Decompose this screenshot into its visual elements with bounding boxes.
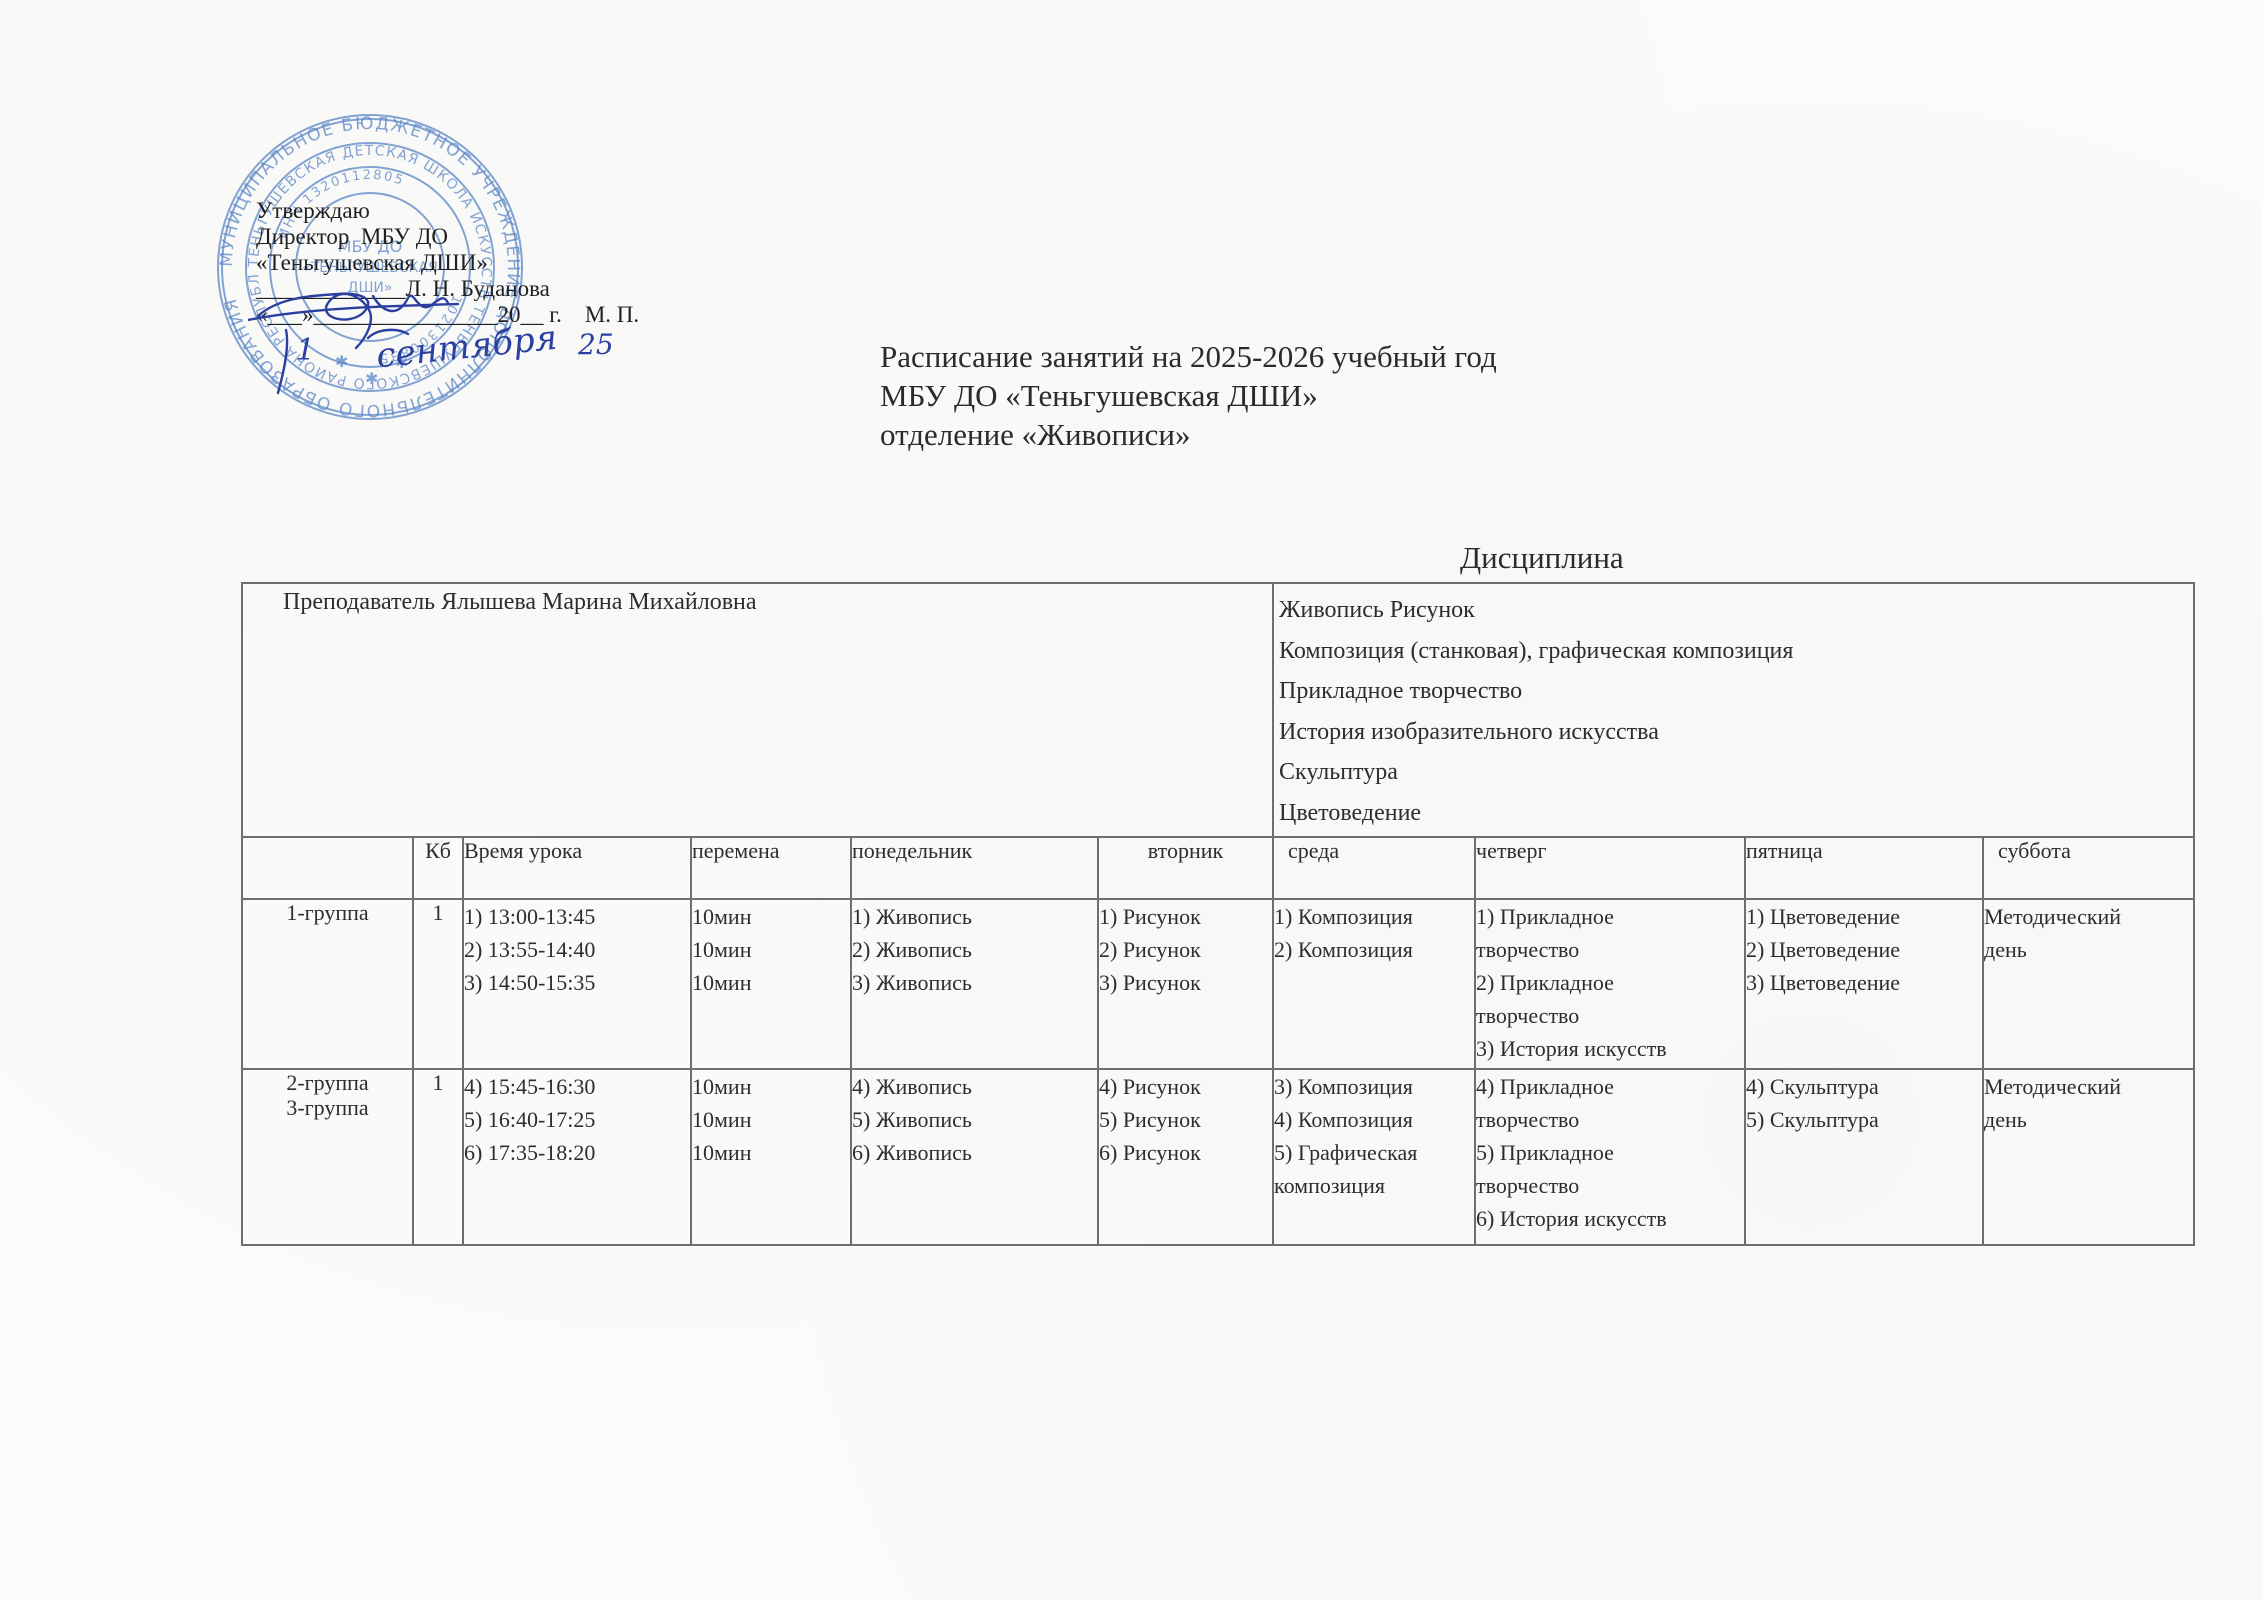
tuesday-cell: 1) Рисунок2) Рисунок3) Рисунок bbox=[1098, 899, 1273, 1069]
room-value: 1 bbox=[414, 900, 462, 925]
discipline-item: История изобразительного искусства bbox=[1279, 712, 2193, 753]
monday-cell: 4) Живопись5) Живопись6) Живопись bbox=[851, 1069, 1098, 1245]
discipline-item: Прикладное творчество bbox=[1279, 671, 2193, 712]
thursday-cell: 4) Прикладноетворчество5) Прикладноетвор… bbox=[1475, 1069, 1745, 1245]
title-line-3: отделение «Живописи» bbox=[880, 415, 1497, 454]
friday-line: 2) Цветоведение bbox=[1746, 933, 1982, 966]
saturday-line: день bbox=[1984, 933, 2193, 966]
header-row: Кб Время урока перемена понедельник втор… bbox=[242, 837, 2194, 899]
svg-text:✱: ✱ bbox=[365, 369, 378, 388]
thursday-cell: 1) Прикладноетворчество2) Прикладноетвор… bbox=[1475, 899, 1745, 1069]
header-break: перемена bbox=[691, 837, 851, 899]
tuesday-cell: 4) Рисунок5) Рисунок6) Рисунок bbox=[1098, 1069, 1273, 1245]
friday-line: 3) Цветоведение bbox=[1746, 966, 1982, 999]
room-cell: 1 bbox=[413, 899, 463, 1069]
friday-line: 1) Цветоведение bbox=[1746, 900, 1982, 933]
wednesday-line: 3) Композиция bbox=[1274, 1070, 1474, 1103]
discipline-item: Живопись Рисунок bbox=[1279, 590, 2193, 631]
monday-line: 5) Живопись bbox=[852, 1103, 1097, 1136]
monday-cell: 1) Живопись2) Живопись3) Живопись bbox=[851, 899, 1098, 1069]
thursday-line: 3) История искусств bbox=[1476, 1032, 1744, 1065]
svg-text:✱: ✱ bbox=[335, 352, 348, 371]
friday-cell: 1) Цветоведение2) Цветоведение3) Цветове… bbox=[1745, 899, 1983, 1069]
discipline-item: Композиция (станковая), графическая комп… bbox=[1279, 631, 2193, 672]
approval-school: «Теньгушевская ДШИ» bbox=[256, 250, 639, 276]
wednesday-line: 4) Композиция bbox=[1274, 1103, 1474, 1136]
time-line: 1) 13:00-13:45 bbox=[464, 900, 690, 933]
wednesday-cell: 3) Композиция4) Композиция5) Графическая… bbox=[1273, 1069, 1475, 1245]
break-line: 10мин bbox=[692, 966, 850, 999]
time-cell: 4) 15:45-16:305) 16:40-17:256) 17:35-18:… bbox=[463, 1069, 691, 1245]
friday-line: 4) Скульптура bbox=[1746, 1070, 1982, 1103]
friday-line: 5) Скульптура bbox=[1746, 1103, 1982, 1136]
header-monday: понедельник bbox=[851, 837, 1098, 899]
monday-line: 4) Живопись bbox=[852, 1070, 1097, 1103]
saturday-line: Методический bbox=[1984, 900, 2193, 933]
saturday-line: день bbox=[1984, 1103, 2193, 1136]
discipline-label: Дисциплина bbox=[1460, 540, 1624, 576]
time-line: 3) 14:50-15:35 bbox=[464, 966, 690, 999]
header-tuesday: вторник bbox=[1098, 837, 1273, 899]
group-line: 1-группа bbox=[243, 900, 412, 925]
tuesday-line: 6) Рисунок bbox=[1099, 1136, 1272, 1169]
disciplines-cell: Живопись Рисунок Композиция (станковая),… bbox=[1273, 583, 2194, 837]
group-cell: 1-группа bbox=[242, 899, 413, 1069]
wednesday-line: композиция bbox=[1274, 1169, 1474, 1202]
friday-cell: 4) Скульптура5) Скульптура bbox=[1745, 1069, 1983, 1245]
header-saturday: суббота bbox=[1983, 837, 2194, 899]
monday-line: 3) Живопись bbox=[852, 966, 1097, 999]
approval-date-line: «___»________________20__ г. М. П. bbox=[256, 302, 639, 328]
thursday-line: 6) История искусств bbox=[1476, 1202, 1744, 1235]
wednesday-line: 2) Композиция bbox=[1274, 933, 1474, 966]
teacher-name: Преподаватель Ялышева Марина Михайловна bbox=[283, 589, 757, 615]
room-cell: 1 bbox=[413, 1069, 463, 1245]
discipline-item: Цветоведение bbox=[1279, 793, 2193, 834]
monday-line: 6) Живопись bbox=[852, 1136, 1097, 1169]
break-line: 10мин bbox=[692, 933, 850, 966]
teacher-cell: Преподаватель Ялышева Марина Михайловна bbox=[242, 583, 1273, 837]
time-line: 4) 15:45-16:30 bbox=[464, 1070, 690, 1103]
tuesday-line: 1) Рисунок bbox=[1099, 900, 1272, 933]
thursday-line: 2) Прикладное bbox=[1476, 966, 1744, 999]
break-line: 10мин bbox=[692, 1070, 850, 1103]
approval-title: Утверждаю bbox=[256, 198, 639, 224]
tuesday-line: 5) Рисунок bbox=[1099, 1103, 1272, 1136]
break-cell: 10мин10мин10мин bbox=[691, 899, 851, 1069]
thursday-line: творчество bbox=[1476, 1103, 1744, 1136]
table-row: 2-группа3-группа14) 15:45-16:305) 16:40-… bbox=[242, 1069, 2194, 1245]
thursday-line: творчество bbox=[1476, 933, 1744, 966]
time-line: 6) 17:35-18:20 bbox=[464, 1136, 690, 1169]
header-thursday: четверг bbox=[1475, 837, 1745, 899]
saturday-cell: Методическийдень bbox=[1983, 899, 2194, 1069]
wednesday-cell: 1) Композиция2) Композиция bbox=[1273, 899, 1475, 1069]
group-line: 3-группа bbox=[243, 1095, 412, 1120]
title-line-2: МБУ ДО «Теньгушевская ДШИ» bbox=[880, 376, 1497, 415]
time-line: 2) 13:55-14:40 bbox=[464, 933, 690, 966]
wednesday-line: 1) Композиция bbox=[1274, 900, 1474, 933]
thursday-line: 4) Прикладное bbox=[1476, 1070, 1744, 1103]
break-line: 10мин bbox=[692, 900, 850, 933]
tuesday-line: 3) Рисунок bbox=[1099, 966, 1272, 999]
document-title: Расписание занятий на 2025-2026 учебный … bbox=[880, 337, 1497, 454]
header-time: Время урока bbox=[463, 837, 691, 899]
header-friday: пятница bbox=[1745, 837, 1983, 899]
time-line: 5) 16:40-17:25 bbox=[464, 1103, 690, 1136]
table-row: 1-группа11) 13:00-13:452) 13:55-14:403) … bbox=[242, 899, 2194, 1069]
saturday-cell: Методическийдень bbox=[1983, 1069, 2194, 1245]
header-room: Кб bbox=[413, 837, 463, 899]
approval-director: Директор МБУ ДО bbox=[256, 224, 639, 250]
monday-line: 1) Живопись bbox=[852, 900, 1097, 933]
handwritten-year: 25 bbox=[577, 328, 614, 361]
break-line: 10мин bbox=[692, 1136, 850, 1169]
thursday-line: 1) Прикладное bbox=[1476, 900, 1744, 933]
header-wednesday: среда bbox=[1273, 837, 1475, 899]
schedule-table: Преподаватель Ялышева Марина Михайловна … bbox=[241, 582, 2195, 1246]
approval-signature-line: _____________Л. Н. Буданова bbox=[256, 276, 639, 302]
thursday-line: 5) Прикладное bbox=[1476, 1136, 1744, 1169]
svg-text:✱: ✱ bbox=[395, 353, 408, 372]
group-line: 2-группа bbox=[243, 1070, 412, 1095]
break-line: 10мин bbox=[692, 1103, 850, 1136]
tuesday-line: 2) Рисунок bbox=[1099, 933, 1272, 966]
title-line-1: Расписание занятий на 2025-2026 учебный … bbox=[880, 337, 1497, 376]
teacher-row: Преподаватель Ялышева Марина Михайловна … bbox=[242, 583, 2194, 837]
room-value: 1 bbox=[414, 1070, 462, 1095]
header-group bbox=[242, 837, 413, 899]
monday-line: 2) Живопись bbox=[852, 933, 1097, 966]
group-cell: 2-группа3-группа bbox=[242, 1069, 413, 1245]
approval-block: Утверждаю Директор МБУ ДО «Теньгушевская… bbox=[256, 198, 639, 328]
time-cell: 1) 13:00-13:452) 13:55-14:403) 14:50-15:… bbox=[463, 899, 691, 1069]
tuesday-line: 4) Рисунок bbox=[1099, 1070, 1272, 1103]
thursday-line: творчество bbox=[1476, 1169, 1744, 1202]
saturday-line: Методический bbox=[1984, 1070, 2193, 1103]
discipline-item: Скульптура bbox=[1279, 752, 2193, 793]
wednesday-line: 5) Графическая bbox=[1274, 1136, 1474, 1169]
break-cell: 10мин10мин10мин bbox=[691, 1069, 851, 1245]
thursday-line: творчество bbox=[1476, 999, 1744, 1032]
